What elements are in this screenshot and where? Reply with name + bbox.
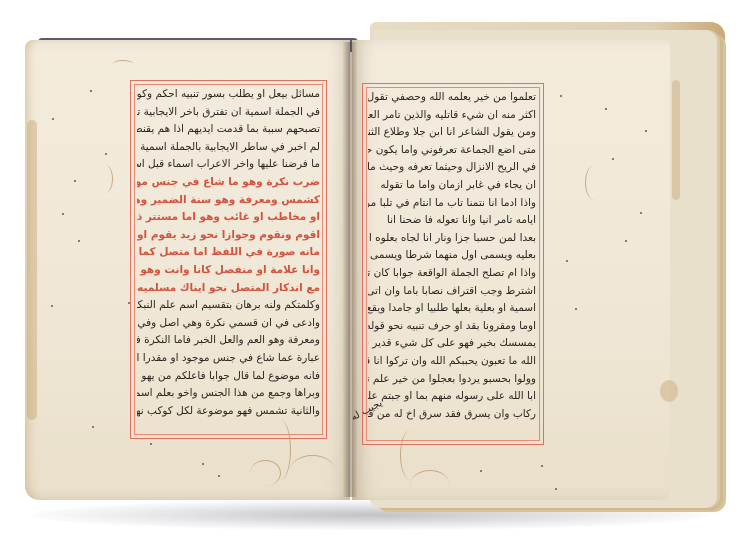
text-line-rubric: مانه صورة في اللفظ اما متصل كما مت وكابا… bbox=[137, 244, 320, 262]
worm-hole bbox=[555, 488, 557, 490]
worm-hole bbox=[645, 130, 647, 132]
text-line-rubric: وانا علامة او منفصل كانا وانت وهو وايان … bbox=[137, 262, 320, 280]
worm-trail bbox=[290, 455, 335, 486]
text-line: يمسسك بخير فهو على كل شيء قدير فان كنتم … bbox=[368, 335, 536, 353]
worm-hole bbox=[90, 90, 92, 92]
text-line-rubric: ضرب نكرة وهو ما شاع في جنس موجود او مقدر bbox=[137, 174, 320, 192]
worm-hole bbox=[202, 463, 204, 465]
worm-hole bbox=[605, 108, 607, 110]
worm-trail bbox=[410, 470, 450, 501]
book-gutter bbox=[343, 42, 357, 497]
worm-hole bbox=[62, 213, 64, 215]
text-line: في الريح الانزال وحيثما تعرفه وحيث ما تن… bbox=[368, 159, 536, 177]
right-text-block: تعلموا من خير يعلمه الله وحصفي تقول امره… bbox=[368, 89, 536, 437]
text-line: بعليه ويسمى اول منهما شرطا ويسمى الثاني … bbox=[368, 247, 536, 265]
text-line: اكثر منه ان شيء قاتليه والذين تامر العلم… bbox=[368, 107, 536, 125]
text-line: وادعى في ان قسمي نكرة وهي اصل وفي معرفة bbox=[137, 315, 320, 333]
worm-hole bbox=[78, 240, 80, 242]
edge-stain bbox=[27, 120, 37, 420]
worm-hole bbox=[150, 443, 152, 445]
text-line: في الجملة اسمية ان تفترق باخر الايجابية … bbox=[137, 104, 320, 122]
left-text-block: مسائل بيعل او يطلب بسور تنبيه احكم وكون … bbox=[137, 86, 320, 431]
text-line: ابا الله على رسوله منهم بما او جبتم عليه… bbox=[368, 388, 536, 406]
worm-trail bbox=[585, 165, 604, 200]
text-line: والثانية تشمس فهو موضوعة لكل كوكب نهاري bbox=[137, 403, 320, 421]
worm-hole bbox=[105, 153, 107, 155]
text-line: متى اضع الجماعة تعرفوني واما يكون حيا bbox=[368, 142, 536, 160]
worm-hole bbox=[575, 308, 577, 310]
text-line: تعلموا من خير يعلمه الله وحصفي تقول امره… bbox=[368, 89, 536, 107]
text-line: فانه موضوع لما قال جوابا فاعلكم من يهو bbox=[137, 368, 320, 386]
text-line: ان يجاء في غابر ازمان واما ما تقوله bbox=[368, 177, 536, 195]
worm-hole bbox=[92, 426, 94, 428]
text-line: ومعرفة وهو العم والعل الخبر فاما النكرة … bbox=[137, 332, 320, 350]
text-line: بعدا لمن حسبا جزا ونار انا لجاه بعلوه ال… bbox=[368, 230, 536, 248]
text-line: ما فرضنا عليها واخر الاعراب اسماء قبل اس… bbox=[137, 156, 320, 174]
worm-trail bbox=[98, 165, 113, 193]
worm-hole bbox=[541, 465, 543, 467]
text-line-rubric: او مخاطب او غائب وهو اما مستتر ذلك وجريا… bbox=[137, 209, 320, 227]
worm-hole bbox=[625, 240, 627, 242]
worm-hole bbox=[566, 260, 568, 262]
text-line-rubric: مع اندكار المتصل نحو ايناك مسلميه من حرخ… bbox=[137, 280, 320, 298]
text-line: وولوا بحسبو يردوا بعجلوا من خير علم تكم bbox=[368, 371, 536, 389]
text-line: وكلمتكم ولنه برهان بتقسيم اسم علم النبكي bbox=[137, 297, 320, 315]
text-line: اشترط وجب اقتراف نصابا باما وان اتى bbox=[368, 283, 536, 301]
text-line: مسائل بيعل او يطلب بسور تنبيه احكم وكون bbox=[137, 86, 320, 104]
text-line: اسمية او بعلية بعلها طلبيا او جامدا ويقع… bbox=[368, 300, 536, 318]
edge-stain bbox=[660, 380, 678, 402]
edge-stain bbox=[672, 80, 680, 200]
text-line: لم اخبر في ساطر الايجابية بالجملة اسمية … bbox=[137, 139, 320, 157]
worm-hole bbox=[640, 212, 642, 214]
text-line: ركاب وان يسرق فقد سرق اخ له من قبل ومن ب… bbox=[368, 406, 536, 424]
worm-hole bbox=[612, 158, 614, 160]
text-line: عبارة عما شاع في جنس موجود او مقدرا اول bbox=[137, 350, 320, 368]
text-line: ومن يقول الشاعر انا ابن جلا وطلاع الثناي… bbox=[368, 124, 536, 142]
text-line: وبراها وجمع من هذا الجنس واخو بعلم اسم ص… bbox=[137, 385, 320, 403]
text-line-rubric: كشمس ومعرفة وهو سنة الضمير وهو ما دل على… bbox=[137, 192, 320, 210]
worm-hole bbox=[52, 118, 54, 120]
worm-hole bbox=[480, 470, 482, 472]
text-line: الله ما تعبون يحببكم الله وان تركوا انا … bbox=[368, 353, 536, 371]
text-line: واذا ام تصلح الجملة الواقعة جوابا كان تق… bbox=[368, 265, 536, 283]
worm-hole bbox=[74, 180, 76, 182]
worm-hole bbox=[218, 475, 220, 477]
worm-hole bbox=[128, 302, 130, 304]
worm-trail bbox=[250, 460, 281, 486]
text-line: واذا ادما انا نتمنا تاب ما انتام في تلبا… bbox=[368, 195, 536, 213]
text-line: تصبحهم سببة بما قدمت ايديهم اذا هم يقنطو… bbox=[137, 121, 320, 139]
text-line: اوما ومقرونا بقد او حرف تنبيه نحو قوله ت… bbox=[368, 318, 536, 336]
manuscript-photo: مسائل بيعل او يطلب بسور تنبيه احكم وكون … bbox=[0, 0, 750, 560]
text-line: ايامه تامر انيا وانا تعوله فا ضحنا انا bbox=[368, 212, 536, 230]
worm-hole bbox=[560, 95, 562, 97]
worm-trail bbox=[112, 60, 134, 69]
text-line-rubric: اقوم ونقوم وجوازا نحو زيد يقوم او بارز و… bbox=[137, 227, 320, 245]
worm-hole bbox=[51, 305, 53, 307]
